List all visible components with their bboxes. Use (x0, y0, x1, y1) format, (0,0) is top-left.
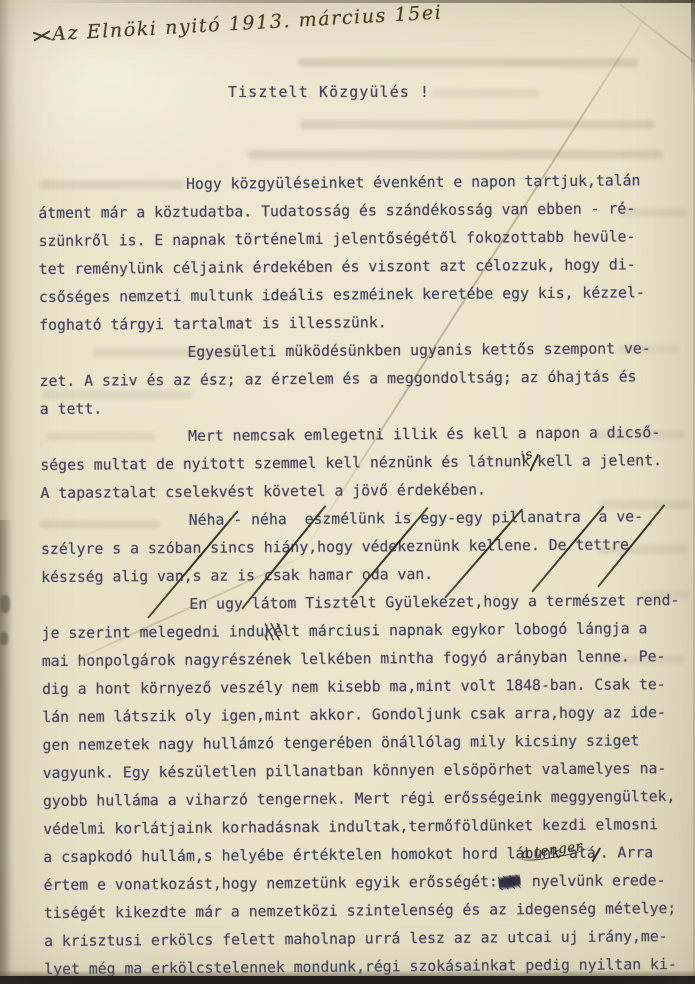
handwritten-insertion-text: is (520, 449, 535, 464)
typed-text: csőséges nemzeti multunk ideális eszméin… (39, 284, 645, 306)
handwritten-insertion: a tenger. (596, 843, 600, 858)
bleed-through-mark (300, 120, 655, 129)
edge-speck (0, 632, 8, 645)
overstruck-chars: ké (264, 623, 282, 640)
typed-text: értem e vonatkozást,hogy nemzetünk egyik… (44, 873, 498, 894)
typed-text: gyobb hulláma a viharzó tengernek. Mert … (43, 788, 676, 810)
typed-text: je szerint melegedni indu (42, 623, 265, 642)
typed-text: gen nemzetek nagy hullámzó tengerében ön… (42, 732, 639, 754)
typed-text: a krisztusi erkölcs felett maholnap urrá… (44, 928, 668, 950)
typed-text: A tapasztalat cselekvést követel a jövő … (40, 481, 486, 501)
typed-text-block: Hogy közgyüléseinket évenként e napon ta… (38, 167, 689, 984)
typed-text: fogható tárgyi tartalmat is illesszünk. (39, 314, 387, 334)
pen-scribble-mark (30, 28, 53, 43)
typed-text: védelmi korlátjaink korhadásnak indultak… (43, 816, 658, 838)
typed-text: vagyunk. Egy készületlen pillanatban kön… (43, 760, 667, 782)
typed-text: lán nem látszik oly igen,mint akkor. Gon… (42, 704, 666, 726)
edge-speck (0, 595, 10, 613)
typed-text: tet reménylünk céljaink érdekében és vis… (39, 256, 636, 278)
typed-text: szélyre s a szóban sincs hiány,hogy véde… (41, 536, 629, 558)
typed-text: dig a hont környező veszély nem kisebb m… (42, 676, 666, 698)
scanned-document-page: Az Elnöki nyitó 1913. március 15ei Tiszt… (0, 0, 695, 984)
typed-text: nyelvünk erede- (523, 872, 666, 890)
typed-text: átment már a köztudatba. Tudatosság és s… (38, 200, 635, 222)
handwritten-insertion: is (530, 451, 537, 466)
typed-text: séges multat de nyitott szemmel kell néz… (40, 453, 530, 474)
typed-text: Egyesületi müködésünkben ugyanis kettős … (187, 340, 650, 361)
page-edge-bottom (0, 976, 695, 984)
typed-text: kell a jelent. (537, 452, 662, 470)
typed-text: szünkről is. E napnak történelmi jelentő… (38, 228, 635, 250)
typed-text: lt márciusi napnak egykor lobogó lángja … (282, 620, 647, 640)
bleed-through-mark (248, 150, 663, 159)
typed-text: a csapkodó hullám,s helyébe értéktelen h… (43, 845, 595, 866)
typed-text: En ugy látom Tisztelt Gyülekezet,hogy a … (189, 592, 679, 613)
handwritten-header-note: Az Elnöki nyitó 1913. március 15ei (30, 1, 443, 46)
typed-text: a tett. (40, 401, 102, 418)
typed-text: . Arra (600, 844, 654, 861)
handwritten-header-note-text: Az Elnöki nyitó 1913. március 15ei (52, 1, 443, 45)
page-edge-left-shadow (0, 520, 12, 984)
salutation: Tisztelt Közgyülés ! (228, 84, 430, 101)
bleed-through-mark (298, 58, 638, 67)
bleed-through-mark (430, 89, 540, 98)
paper-crease (620, 3, 695, 62)
typed-text: mai honpolgárok nagyrészének lelkében mi… (42, 648, 666, 670)
typed-text: zet. A sziv és az ész; az érzelem és a m… (40, 368, 637, 390)
typed-text: tiségét kikezdte már a nemzetközi szinte… (44, 900, 677, 922)
page-edge-top (0, 0, 695, 3)
typed-text: Mert nemcsak emlegetni illik és kell a n… (188, 424, 660, 445)
typed-text: Hogy közgyüléseinket évenként e napon ta… (186, 172, 640, 193)
ink-blot: ✗✗ (498, 868, 523, 896)
